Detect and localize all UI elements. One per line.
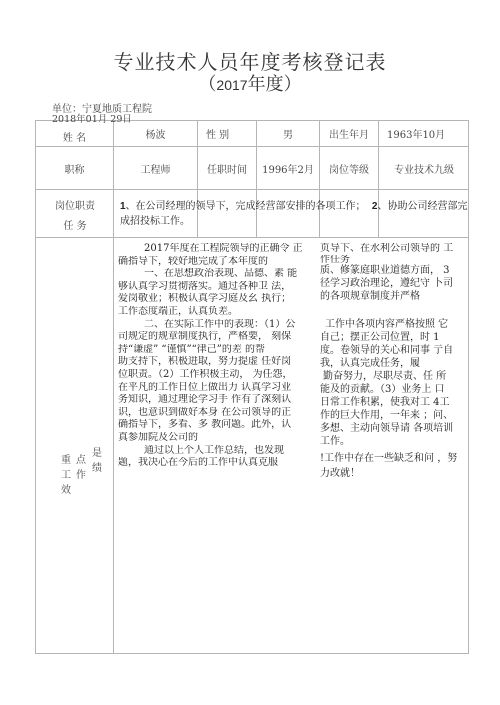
assessment-table: 姓 名 杨波 性 别 男 出生年月 1963年10月 职称 工程师 任职时间 1… <box>35 120 469 654</box>
text-line: 持“谦虚” “谨慎”“律己”的差 的帮 <box>118 344 303 357</box>
text-line: 位职责。（2）工作积极主动， 为任怨， <box>118 369 303 382</box>
text-line: 够认真学习贯彻落实。通过各种卫 法， <box>118 281 303 294</box>
text-line: 确指导下，多看、多 教问题。此外，认 <box>118 419 303 432</box>
text-line: 真参加院及公司的 <box>118 432 303 445</box>
tenure-value: 1996年2月 <box>257 147 319 189</box>
subtitle-close: 年度） <box>248 74 302 95</box>
text-line: 日常工作积累，使我对工 4工 <box>320 396 468 409</box>
document-subtitle: （2017年度） <box>0 70 500 96</box>
text-line: 质、修篆庭职业道德方面， 3 <box>320 264 468 277</box>
tenure-label: 任职时间 <box>198 147 256 189</box>
text-line: 勤奋努力，尽职尽责、任 所 <box>320 370 468 383</box>
gender-value: 男 <box>257 121 319 146</box>
text-line: 径学习政治理论，遵纪守 卜司 <box>320 277 468 290</box>
duty-label-line2: 任 务 <box>36 217 114 237</box>
duty-text: 1、在公司经理的领导下，完成经营部安排的各项工作； 2、协助公司经营部完成招投标… <box>120 199 468 229</box>
text-line: 题，我决心在今后的工作中认真克服 <box>118 457 303 470</box>
text-line: 的各项规章制度并严格 <box>320 290 468 303</box>
grade-label: 岗位等级 <box>320 147 378 189</box>
duty-item-1: 、在公司经理的领导下，完成经营部安排的各项工作； <box>126 201 366 212</box>
subtitle-year: 2017 <box>216 77 247 93</box>
text-line: 能及的贡献。（3）业务上 口 <box>320 383 468 396</box>
performance-text-right: 页导下、在水利公司领导的 工 作任务 质、修篆庭职业道德方面， 3 径学习政治理… <box>320 243 468 481</box>
text-line: 工作。 <box>320 435 468 448</box>
grade-value: 专业技术九级 <box>379 147 469 189</box>
text-line: 2017年度在工程院领导的正确令 正 <box>118 243 303 256</box>
performance-label-col2: 点作 <box>76 453 88 483</box>
text-line: 自己；摆正公司位置，时 1 <box>320 331 468 344</box>
birth-value: 1963年10月 <box>379 121 469 146</box>
text-line: 二、在实际工作中的表现：（1）公 <box>118 319 303 332</box>
text-line: 确指导下，较好地完成了本年度的 <box>118 256 303 269</box>
date-label: 2018年01月 29日 <box>52 115 132 125</box>
text-line: 助支持下，积极进取，努力提虚 任好岗 <box>118 356 303 369</box>
text-line: 作任务 <box>320 255 468 264</box>
text-line: 多想、主动向领导请 各项培训 <box>320 422 468 435</box>
spacer <box>320 303 468 318</box>
performance-label-col3: 是绩 <box>92 446 104 476</box>
performance-label-col1: 重工效 <box>61 453 73 498</box>
text-line: 一、在思想政治表现、品德、素 能 <box>118 268 303 281</box>
text-line: 通过以上个人工作总结，也发现 <box>118 445 303 458</box>
text-line: 工作中各项内容严格按照 它 <box>320 318 468 331</box>
text-line: !工作中存在一些缺乏和问 ，努 <box>320 448 468 466</box>
text-line: 作的巨大作用，一年来 ；问、 <box>320 409 468 422</box>
performance-text-left: 2017年度在工程院领导的正确令 正 确指导下，较好地完成了本年度的 一、在思想… <box>118 243 303 470</box>
birth-label: 出生年月 <box>320 121 378 146</box>
text-line: 工作态度端正，认真负差。 <box>118 306 303 319</box>
text-line: 力改就！ <box>320 466 468 481</box>
text-line: 度。卷领导的关心和同事 亍自 <box>320 344 468 357</box>
unit-label: 单位：宁夏地质工程院 <box>52 100 152 115</box>
text-line: 爱岗敬业；积极认真学习庭及幺 执行； <box>118 293 303 306</box>
text-line: 在平凡的工作日位上做出力 认真学习业 <box>118 382 303 395</box>
row-divider <box>36 237 468 238</box>
name-label: 姓 名 <box>36 127 113 146</box>
text-line: 务知识，通过理论学习手 作有了深刻认 <box>118 394 303 407</box>
job-title-value: 工程师 <box>114 147 197 189</box>
gender-label: 性 别 <box>198 121 256 146</box>
duty-label-line1: 岗位职责 <box>36 197 114 217</box>
text-line: 我，认真完成任务，履 <box>320 357 468 370</box>
subtitle-open: （ <box>198 74 216 95</box>
text-line: 司规定的规章制度执行，严格要， 刻保 <box>118 331 303 344</box>
text-line: 识，也意识到做好本身 在公司领导的正 <box>118 407 303 420</box>
row-divider <box>36 189 468 190</box>
text-line: 页导下、在水利公司领导的 工 <box>320 243 468 255</box>
job-title-label: 职称 <box>36 147 113 189</box>
